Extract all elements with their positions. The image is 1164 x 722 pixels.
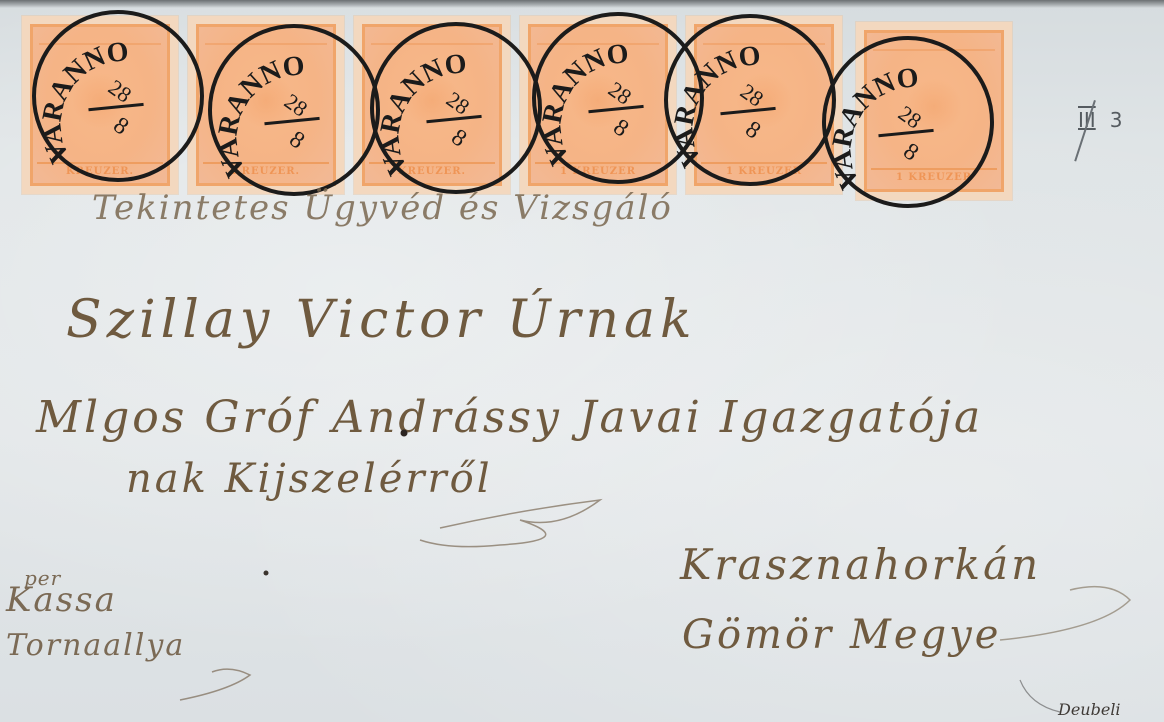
envelope: KREUZER. KREUZER. KREUZER. 1 KREUZER 1 K… bbox=[0, 0, 1164, 722]
pencil-signature: Deubeli bbox=[1058, 700, 1121, 719]
pen-flourishes bbox=[0, 0, 1164, 722]
